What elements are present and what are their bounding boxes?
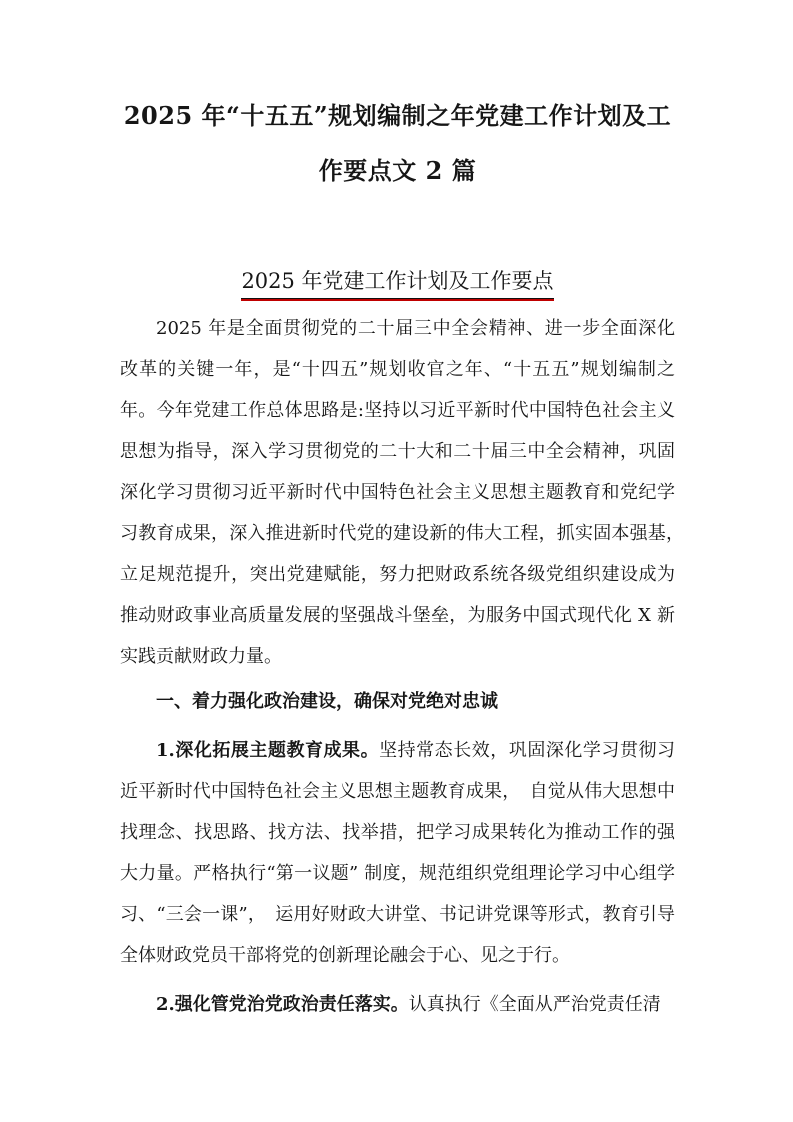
item-2-paragraph: 2.强化管党治党政治责任落实。认真执行《全面从严治党责任清 — [120, 984, 675, 1025]
item-1-paragraph: 1.深化拓展主题教育成果。坚持常态长效，巩固深化学习贯彻习近平新时代中国特色社会… — [120, 730, 675, 976]
item-1-lead: 1.深化拓展主题教育成果。 — [156, 740, 379, 761]
document-page: 2025 年“十五五”规划编制之年党建工作计划及工作要点文 2 篇 2025 年… — [0, 0, 793, 1122]
item-1-body: 坚持常态长效，巩固深化学习贯彻习近平新时代中国特色社会主义思想主题教育成果， 自… — [120, 740, 675, 966]
document-title: 2025 年“十五五”规划编制之年党建工作计划及工作要点文 2 篇 — [120, 88, 675, 198]
section-title: 2025 年党建工作计划及工作要点 — [120, 266, 675, 299]
section-heading-1: 一、着力强化政治建设，确保对党绝对忠诚 — [120, 681, 675, 722]
section-title-text: 2025 年党建工作计划及工作要点 — [241, 266, 553, 299]
item-2-lead: 2.强化管党治党政治责任落实。 — [156, 994, 409, 1015]
intro-paragraph: 2025 年是全面贯彻党的二十届三中全会精神、进一步全面深化改革的关键一年，是“… — [120, 308, 675, 677]
item-2-body: 认真执行《全面从严治党责任清 — [409, 994, 661, 1015]
